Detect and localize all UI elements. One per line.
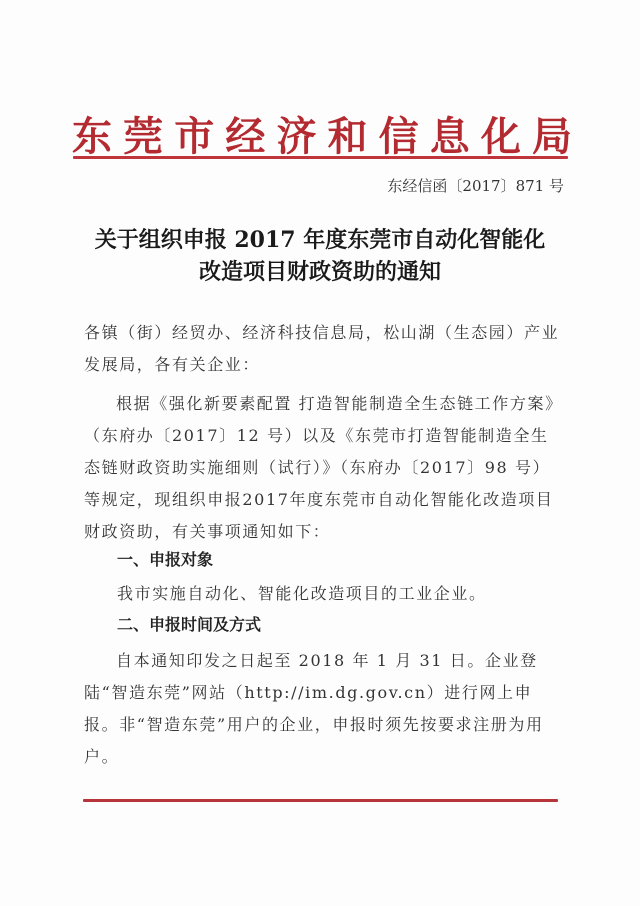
letterhead-char: 和 bbox=[328, 105, 368, 162]
document-page: 东 莞 市 经 济 和 信 息 化 局 东经信函〔2017〕871 号 关于组织… bbox=[0, 0, 640, 906]
title-line-1: 关于组织申报 2017 年度东莞市自动化智能化 bbox=[60, 224, 580, 256]
agency-letterhead: 东 莞 市 经 济 和 信 息 化 局 bbox=[72, 110, 572, 156]
letterhead-char: 东 bbox=[72, 105, 112, 162]
letterhead-char: 信 bbox=[379, 105, 419, 162]
letterhead-red-rule bbox=[73, 156, 568, 159]
section-heading-time-method: 二、申报时间及方式 bbox=[117, 612, 261, 635]
document-title: 关于组织申报 2017 年度东莞市自动化智能化 改造项目财政资助的通知 bbox=[60, 224, 580, 288]
letterhead-char: 市 bbox=[174, 105, 214, 162]
salutation-paragraph: 各镇（街）经贸办、经济科技信息局，松山湖（生态园）产业发展局，各有关企业： bbox=[84, 317, 564, 381]
letterhead-char: 莞 bbox=[123, 105, 163, 162]
letterhead-char: 局 bbox=[532, 105, 572, 162]
letterhead-char: 化 bbox=[481, 105, 521, 162]
section-text-time-method: 自本通知印发之日起至 2018 年 1 月 31 日。企业登陆“智造东莞”网站（… bbox=[84, 645, 564, 773]
title-line-2: 改造项目财政资助的通知 bbox=[60, 256, 580, 288]
intro-paragraph: 根据《强化新要素配置 打造智能制造全生态链工作方案》（东府办〔2017〕12 号… bbox=[84, 388, 564, 548]
section-heading-applicants: 一、申报对象 bbox=[117, 547, 213, 570]
section-text-applicants: 我市实施自动化、智能化改造项目的工业企业。 bbox=[117, 578, 577, 610]
letterhead-char: 济 bbox=[276, 105, 316, 162]
document-number: 东经信函〔2017〕871 号 bbox=[387, 175, 564, 196]
letterhead-char: 息 bbox=[430, 105, 470, 162]
footer-red-rule bbox=[83, 799, 558, 802]
letterhead-char: 经 bbox=[225, 105, 265, 162]
